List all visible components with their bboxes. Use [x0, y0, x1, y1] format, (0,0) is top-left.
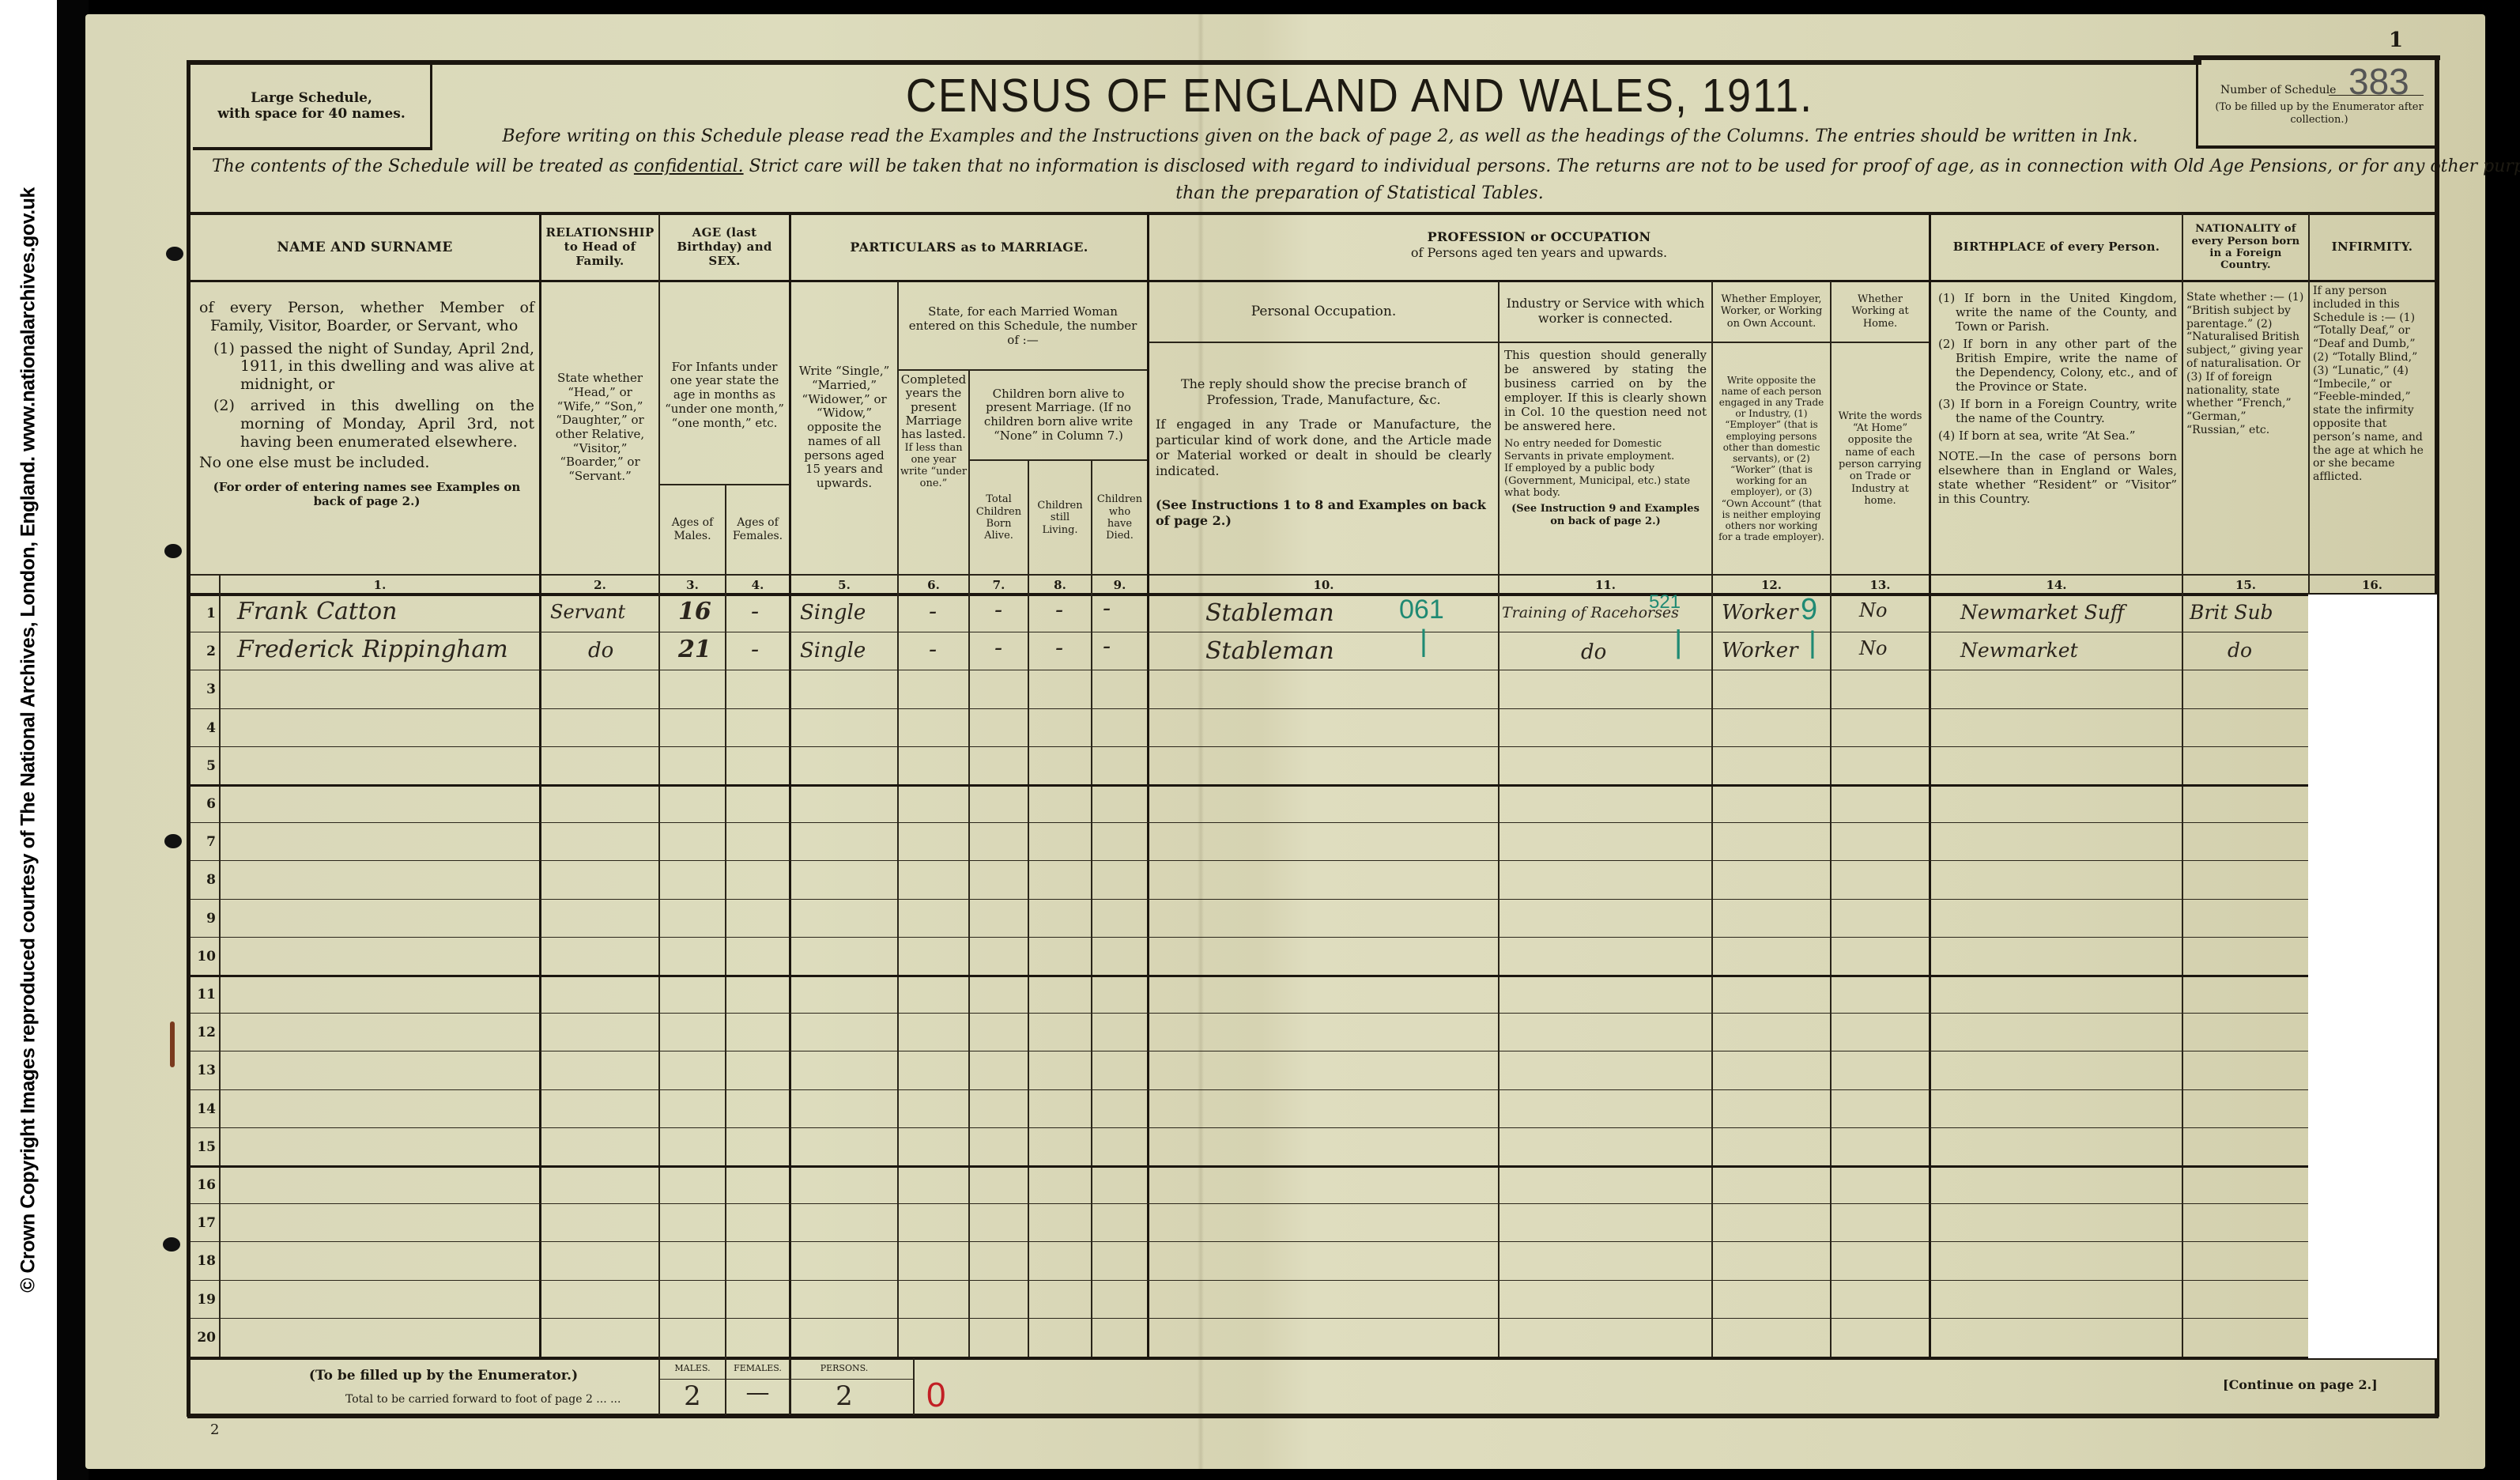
- totals-females-label: FEMALES.: [726, 1363, 789, 1373]
- header-infirmity-body: If any person included in this Schedule …: [2313, 285, 2431, 484]
- row-rule: [191, 670, 2308, 670]
- entry-2-industry[interactable]: do: [1581, 640, 1606, 664]
- entry-1-name[interactable]: Frank Catton: [237, 598, 397, 625]
- header-occupation: PROFESSION or OCCUPATION of Persons aged…: [1149, 229, 1929, 261]
- row-number: 11: [187, 976, 219, 1014]
- header-employer-body: Write opposite the name of each person e…: [1713, 343, 1830, 574]
- row-rule: [191, 1203, 2308, 1204]
- schedule-size-box: Large Schedule, with space for 40 names.: [193, 65, 432, 150]
- row-number: 15: [187, 1128, 219, 1166]
- header-relationship-body: State whether “Head,” or “Wife,” “Son,” …: [541, 281, 658, 574]
- header-industry: Industry or Service with which worker is…: [1500, 281, 1711, 342]
- totals-label: (To be filled up by the Enumerator.) Tot…: [191, 1361, 658, 1414]
- entry-1-children-living[interactable]: -: [1055, 596, 1063, 624]
- row-number: 2: [187, 632, 219, 670]
- totals-divider: [913, 1358, 915, 1415]
- confidential-text: confidential.: [634, 157, 744, 176]
- header-personal-occupation: Personal Occupation.: [1149, 281, 1498, 342]
- row-number: 8: [187, 861, 219, 899]
- column-number: 6.: [899, 576, 968, 595]
- header-children-born: Children born alive to present Marriage.…: [970, 372, 1147, 459]
- row-rule: [191, 860, 2308, 861]
- entry-1-employer[interactable]: Worker: [1722, 601, 1798, 625]
- row-number: 19: [187, 1281, 219, 1319]
- header-infirmity: INFIRMITY.: [2310, 215, 2435, 280]
- punch-hole-icon: [164, 834, 182, 848]
- row-rule: [191, 1280, 2308, 1281]
- col-line: [725, 484, 726, 1415]
- rows-bottom-rule: [187, 1357, 2439, 1360]
- row-rule: [191, 1127, 2308, 1128]
- entry-2-employer-code: |: [1809, 626, 1816, 660]
- entry-1-occupation[interactable]: Stableman: [1205, 599, 1334, 627]
- entry-2-condition[interactable]: Single: [800, 639, 866, 663]
- entry-1-children-total[interactable]: -: [994, 596, 1002, 624]
- column-number: 14.: [1931, 576, 2182, 595]
- row-rule: [191, 937, 2308, 938]
- header-at-home-body: Write the words “At Home” opposite the n…: [1832, 343, 1929, 574]
- top-rule: [187, 60, 2201, 65]
- page-number: 1: [2389, 28, 2403, 52]
- entry-1-nationality[interactable]: Brit Sub: [2190, 601, 2273, 624]
- header-nationality-body: State whether :— (1) “British subject by…: [2186, 291, 2305, 437]
- row-rule: [191, 632, 2308, 632]
- schedule-number-note: (To be filled up by the Enumerator after…: [2213, 101, 2426, 126]
- page-title: CENSUS OF ENGLAND AND WALES, 1911.: [711, 69, 2008, 123]
- entry-2-occupation[interactable]: Stableman: [1205, 637, 1334, 665]
- row-rule: [191, 1013, 2308, 1014]
- entry-1-occupation-code: 061: [1399, 595, 1444, 625]
- row-rule: [191, 899, 2308, 900]
- column-number: 9.: [1092, 576, 1147, 595]
- row-number: 7: [187, 823, 219, 861]
- instruction-line-2: The contents of the Schedule will be tre…: [212, 157, 2425, 176]
- copyright-strip: © Crown Copyright Images reproduced cour…: [0, 0, 57, 1480]
- entry-2-at-home[interactable]: No: [1859, 637, 1887, 659]
- row-rule: [191, 784, 2308, 787]
- entry-2-name[interactable]: Frederick Rippingham: [237, 636, 508, 663]
- column-number: 7.: [970, 576, 1028, 595]
- column-number: 15.: [2183, 576, 2308, 595]
- table-bottom-rule: [187, 1414, 2439, 1418]
- column-number: 8.: [1029, 576, 1091, 595]
- totals-males-value[interactable]: 2: [660, 1380, 725, 1412]
- children-rule: [970, 459, 1147, 461]
- header-age: AGE (last Birthday) and SEX.: [660, 215, 789, 280]
- schedule-size-line1: Large Schedule,: [251, 90, 372, 106]
- instruction-line-1: Before writing on this Schedule please r…: [427, 126, 2213, 146]
- header-name: NAME AND SURNAME: [191, 215, 539, 280]
- entry-1-children-died[interactable]: -: [1103, 595, 1111, 622]
- header-marriage-condition: Write “Single,” “Married,” “Widower,” or…: [791, 281, 897, 574]
- column-number: 5.: [791, 576, 897, 595]
- header-birthplace: BIRTHPLACE of every Person.: [1931, 215, 2182, 280]
- row-number: 1: [187, 595, 219, 632]
- entry-1-years-married[interactable]: -: [929, 598, 937, 625]
- entry-2-industry-code: |: [1674, 625, 1682, 660]
- entry-2-nationality[interactable]: do: [2228, 639, 2252, 662]
- scan-border: [57, 0, 89, 1480]
- col-line: [1498, 281, 1500, 1357]
- entry-2-children-total[interactable]: -: [994, 634, 1002, 662]
- column-number: 4.: [726, 576, 789, 595]
- header-name-body: of every Person, whether Member of Famil…: [199, 299, 534, 508]
- continue-note: [Continue on page 2.]: [2223, 1377, 2378, 1392]
- entry-1-birthplace[interactable]: Newmarket Suff: [1960, 601, 2125, 624]
- row-rule: [191, 708, 2308, 709]
- row-rule: [191, 1241, 2308, 1242]
- row-number: 9: [187, 900, 219, 938]
- schedule-number-box: Number of Schedule 383 (To be filled up …: [2196, 60, 2435, 149]
- row-rule: [191, 822, 2308, 823]
- header-children-living: Children still Living.: [1029, 474, 1091, 561]
- punch-hole-icon: [164, 544, 182, 558]
- col-line: [1028, 460, 1029, 1357]
- married-woman-rule: [899, 369, 1147, 371]
- entry-1-employer-code: 9: [1801, 593, 1817, 627]
- totals-divider: [789, 1358, 790, 1415]
- column-number: 1.: [221, 576, 539, 595]
- column-number: 10.: [1149, 576, 1498, 595]
- entry-2-children-living[interactable]: -: [1055, 634, 1063, 662]
- row-number: 18: [187, 1242, 219, 1280]
- header-industry-body: This question should generally be answer…: [1504, 348, 1707, 527]
- instruction-line-3: than the preparation of Statistical Tabl…: [711, 183, 2008, 203]
- entry-2-age-male[interactable]: 21: [678, 636, 711, 663]
- entry-1-condition[interactable]: Single: [800, 601, 866, 625]
- row-number: 17: [187, 1204, 219, 1242]
- redacted-area: [2308, 595, 2437, 1358]
- entry-2-employer[interactable]: Worker: [1722, 639, 1798, 663]
- header-children-died: Children who have Died.: [1092, 474, 1147, 561]
- entry-2-years-married[interactable]: -: [929, 636, 937, 663]
- header-nationality: NATIONALITY of every Person born in a Fo…: [2183, 215, 2308, 280]
- schedule-size-line2: with space for 40 names.: [217, 106, 406, 122]
- totals-females-value[interactable]: —: [726, 1379, 789, 1406]
- row-number: 13: [187, 1051, 219, 1089]
- row-number: 6: [187, 785, 219, 823]
- header-birthplace-body: (1) If born in the United Kingdom, write…: [1938, 291, 2177, 506]
- row-number: 20: [187, 1319, 219, 1357]
- col-line: [1091, 460, 1092, 1357]
- column-number: 2.: [541, 576, 658, 595]
- header-married-woman: State, for each Married Woman entered on…: [899, 285, 1147, 368]
- row-rule: [191, 975, 2308, 977]
- column-number: 3.: [660, 576, 725, 595]
- entry-1-industry-code: 521: [1649, 591, 1681, 614]
- row-number: 12: [187, 1014, 219, 1051]
- totals-persons-value[interactable]: 2: [791, 1380, 897, 1412]
- header-relationship: RELATIONSHIP to Head of Family.: [541, 215, 658, 280]
- row-number: 10: [187, 938, 219, 976]
- entry-1-age-male[interactable]: 16: [678, 598, 711, 625]
- column-number: 16.: [2310, 576, 2435, 595]
- header-employer: Whether Employer, Worker, or Working on …: [1713, 281, 1830, 342]
- row-number: 3: [187, 670, 219, 708]
- rust-pin-mark: [170, 1021, 175, 1067]
- header-marriage: PARTICULARS as to MARRIAGE.: [791, 215, 1147, 280]
- entry-2-birthplace[interactable]: Newmarket: [1960, 639, 2078, 662]
- row-rule: [191, 1051, 2308, 1051]
- header-age-males: Ages of Males.: [660, 485, 725, 574]
- entry-2-relationship[interactable]: do: [588, 639, 613, 663]
- row-rule: [191, 746, 2308, 747]
- totals-persons-label: PERSONS.: [791, 1363, 897, 1373]
- entry-1-relationship[interactable]: Servant: [550, 601, 625, 623]
- schedule-number-value[interactable]: 383: [2348, 60, 2409, 103]
- row-number: 16: [187, 1166, 219, 1204]
- header-age-females: Ages of Females.: [726, 485, 789, 574]
- header-at-home: Whether Working at Home.: [1832, 281, 1929, 342]
- column-number: 12.: [1713, 576, 1830, 595]
- header-years-married: Completed years the present Marriage has…: [899, 373, 968, 490]
- entry-2-children-died[interactable]: -: [1103, 632, 1111, 660]
- punch-hole-icon: [166, 247, 183, 261]
- column-number: 13.: [1832, 576, 1929, 595]
- row-rule: [191, 1165, 2308, 1168]
- row-rule: [191, 1089, 2308, 1090]
- schedule-number-label: Number of Schedule: [2220, 84, 2336, 96]
- entry-1-age-female[interactable]: -: [751, 598, 759, 625]
- enumerator-red-mark: 0: [926, 1376, 945, 1415]
- row-number: 5: [187, 747, 219, 785]
- row-rule: [191, 1318, 2308, 1319]
- header-age-infants: For Infants under one year state the age…: [660, 316, 789, 474]
- header-children-total: Total Children Born Alive.: [970, 474, 1028, 561]
- punch-hole-icon: [163, 1237, 180, 1252]
- page-number-bottom: 2: [210, 1421, 219, 1438]
- row-number: 14: [187, 1090, 219, 1128]
- entry-1-at-home[interactable]: No: [1859, 599, 1887, 621]
- header-personal-body: The reply should show the precise branch…: [1156, 376, 1492, 528]
- col-line: [219, 576, 221, 1357]
- row-number: 4: [187, 709, 219, 747]
- entry-2-occupation-code: |: [1420, 625, 1428, 659]
- entry-2-age-female[interactable]: -: [751, 636, 759, 663]
- copyright-text: © Crown Copyright Images reproduced cour…: [17, 187, 40, 1293]
- totals-males-label: MALES.: [660, 1363, 725, 1373]
